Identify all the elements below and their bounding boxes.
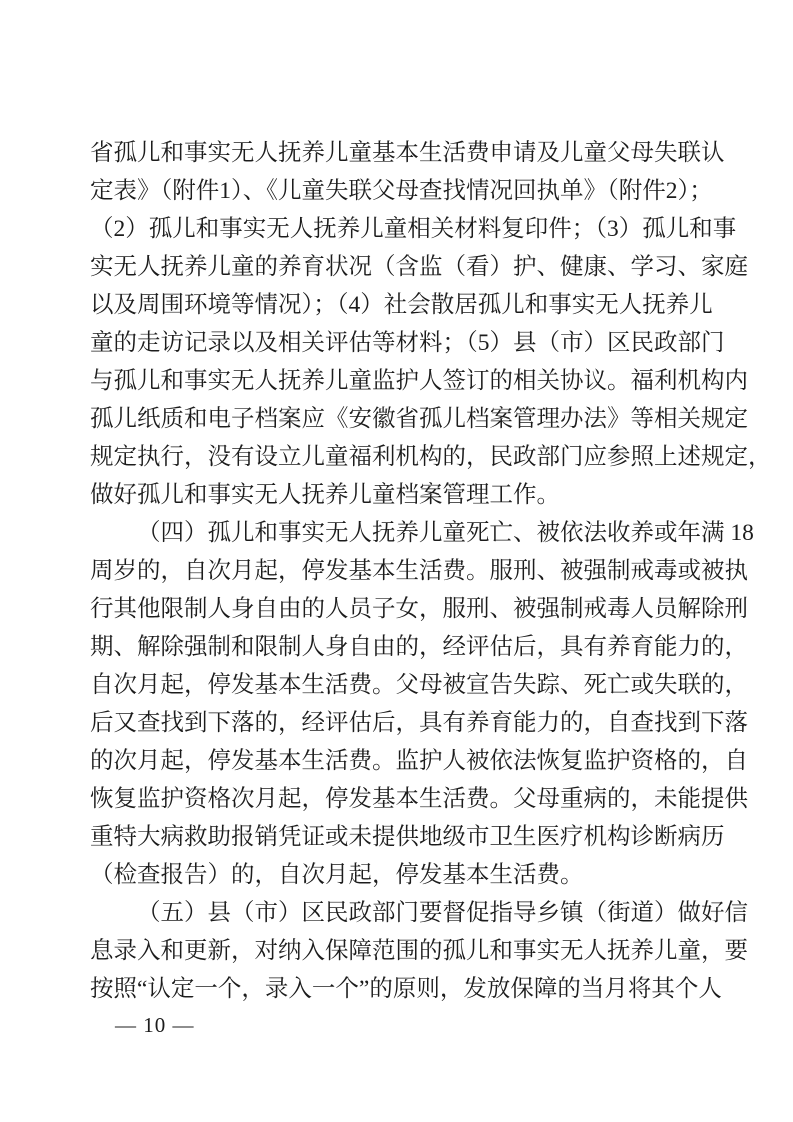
document-text-block: 省孤儿和事实无人抚养儿童基本生活费申请及儿童父母失联认 定表》（附件1）、《儿童… [90,134,712,1008]
text-line: 定表》（附件1）、《儿童失联父母查找情况回执单》（附件2）； [90,172,712,210]
text-line: 自次月起，停发基本生活费。父母被宣告失踪、死亡或失联的， [90,666,712,704]
text-line: 后又查找到下落的，经评估后，具有养育能力的，自查找到下落 [90,704,712,742]
text-line: 周岁的，自次月起，停发基本生活费。服刑、被强制戒毒或被执 [90,552,712,590]
text-line-paragraph-start: （四）孤儿和事实无人抚养儿童死亡、被依法收养或年满 18 [90,514,712,552]
text-line: （检查报告）的，自次月起，停发基本生活费。 [90,856,712,894]
text-line: 实无人抚养儿童的养育状况（含监（看）护、健康、学习、家庭 [90,248,712,286]
text-line: 行其他限制人身自由的人员子女，服刑、被强制戒毒人员解除刑 [90,590,712,628]
text-line: （2）孤儿和事实无人抚养儿童相关材料复印件；（3）孤儿和事 [90,210,712,248]
text-line: 童的走访记录以及相关评估等材料；（5）县（市）区民政部门 [90,324,712,362]
page-number: — 10 — [90,1012,712,1038]
text-line: 规定执行，没有设立儿童福利机构的，民政部门应参照上述规定， [90,438,712,476]
text-line: 的次月起，停发基本生活费。监护人被依法恢复监护资格的，自 [90,742,712,780]
text-line: 重特大病救助报销凭证或未提供地级市卫生医疗机构诊断病历 [90,818,712,856]
text-line: 做好孤儿和事实无人抚养儿童档案管理工作。 [90,476,712,514]
text-line: 省孤儿和事实无人抚养儿童基本生活费申请及儿童父母失联认 [90,134,712,172]
document-page: 省孤儿和事实无人抚养儿童基本生活费申请及儿童父母失联认 定表》（附件1）、《儿童… [0,0,793,1122]
text-line: 孤儿纸质和电子档案应《安徽省孤儿档案管理办法》等相关规定 [90,400,712,438]
text-line: 期、解除强制和限制人身自由的，经评估后，具有养育能力的， [90,628,712,666]
text-line-paragraph-start: （五）县（市）区民政部门要督促指导乡镇（街道）做好信 [90,894,712,932]
text-line: 恢复监护资格次月起，停发基本生活费。父母重病的，未能提供 [90,780,712,818]
text-line: 按照“认定一个，录入一个”的原则，发放保障的当月将其个人 [90,970,712,1008]
text-line: 与孤儿和事实无人抚养儿童监护人签订的相关协议。福利机构内 [90,362,712,400]
text-line: 息录入和更新，对纳入保障范围的孤儿和事实无人抚养儿童，要 [90,932,712,970]
text-line: 以及周围环境等情况）；（4）社会散居孤儿和事实无人抚养儿 [90,286,712,324]
